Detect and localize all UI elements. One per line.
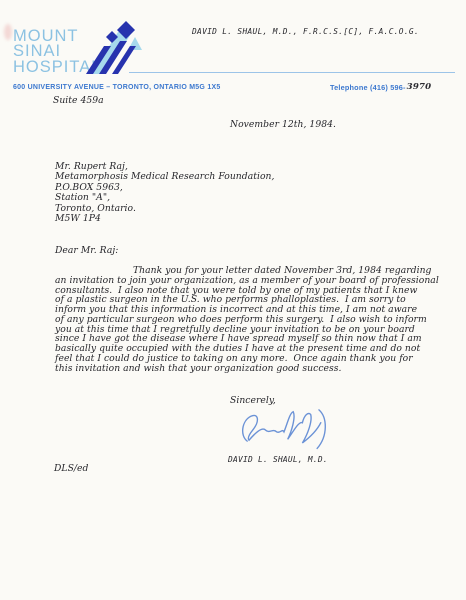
letter-body-paragraph: Thank you for your letter dated November… — [55, 266, 447, 373]
telephone-typed-number: 3970 — [407, 82, 432, 92]
letter-page: MOUNT SINAI HOSPITAL DAVID L. SHAUL, M.D… — [0, 0, 466, 600]
closing: Sincerely, — [230, 395, 276, 406]
suite-number: Suite 459a — [53, 95, 104, 106]
recipient-address-block: Mr. Rupert Raj, Metamorphosis Medical Re… — [55, 162, 274, 224]
letterhead-telephone: Telephone (416) 596-3970 — [330, 83, 431, 93]
signature-typed-name: DAVID L. SHAUL, M.D. — [228, 455, 328, 464]
letterhead-address: 600 UNIVERSITY AVENUE – TORONTO, ONTARIO… — [13, 84, 221, 91]
letterhead-doctor-name: DAVID L. SHAUL, M.D., F.R.C.S.[C], F.A.C… — [192, 27, 419, 36]
telephone-printed: Telephone (416) 596- — [330, 83, 406, 92]
salutation: Dear Mr. Raj: — [55, 245, 118, 256]
handwritten-signature — [234, 408, 334, 454]
header-rule — [129, 72, 455, 73]
reference-initials: DLS/ed — [54, 463, 88, 474]
letter-date: November 12th, 1984. — [230, 119, 336, 130]
hospital-logo-mark-icon — [86, 20, 142, 74]
scan-artifact — [4, 24, 12, 40]
